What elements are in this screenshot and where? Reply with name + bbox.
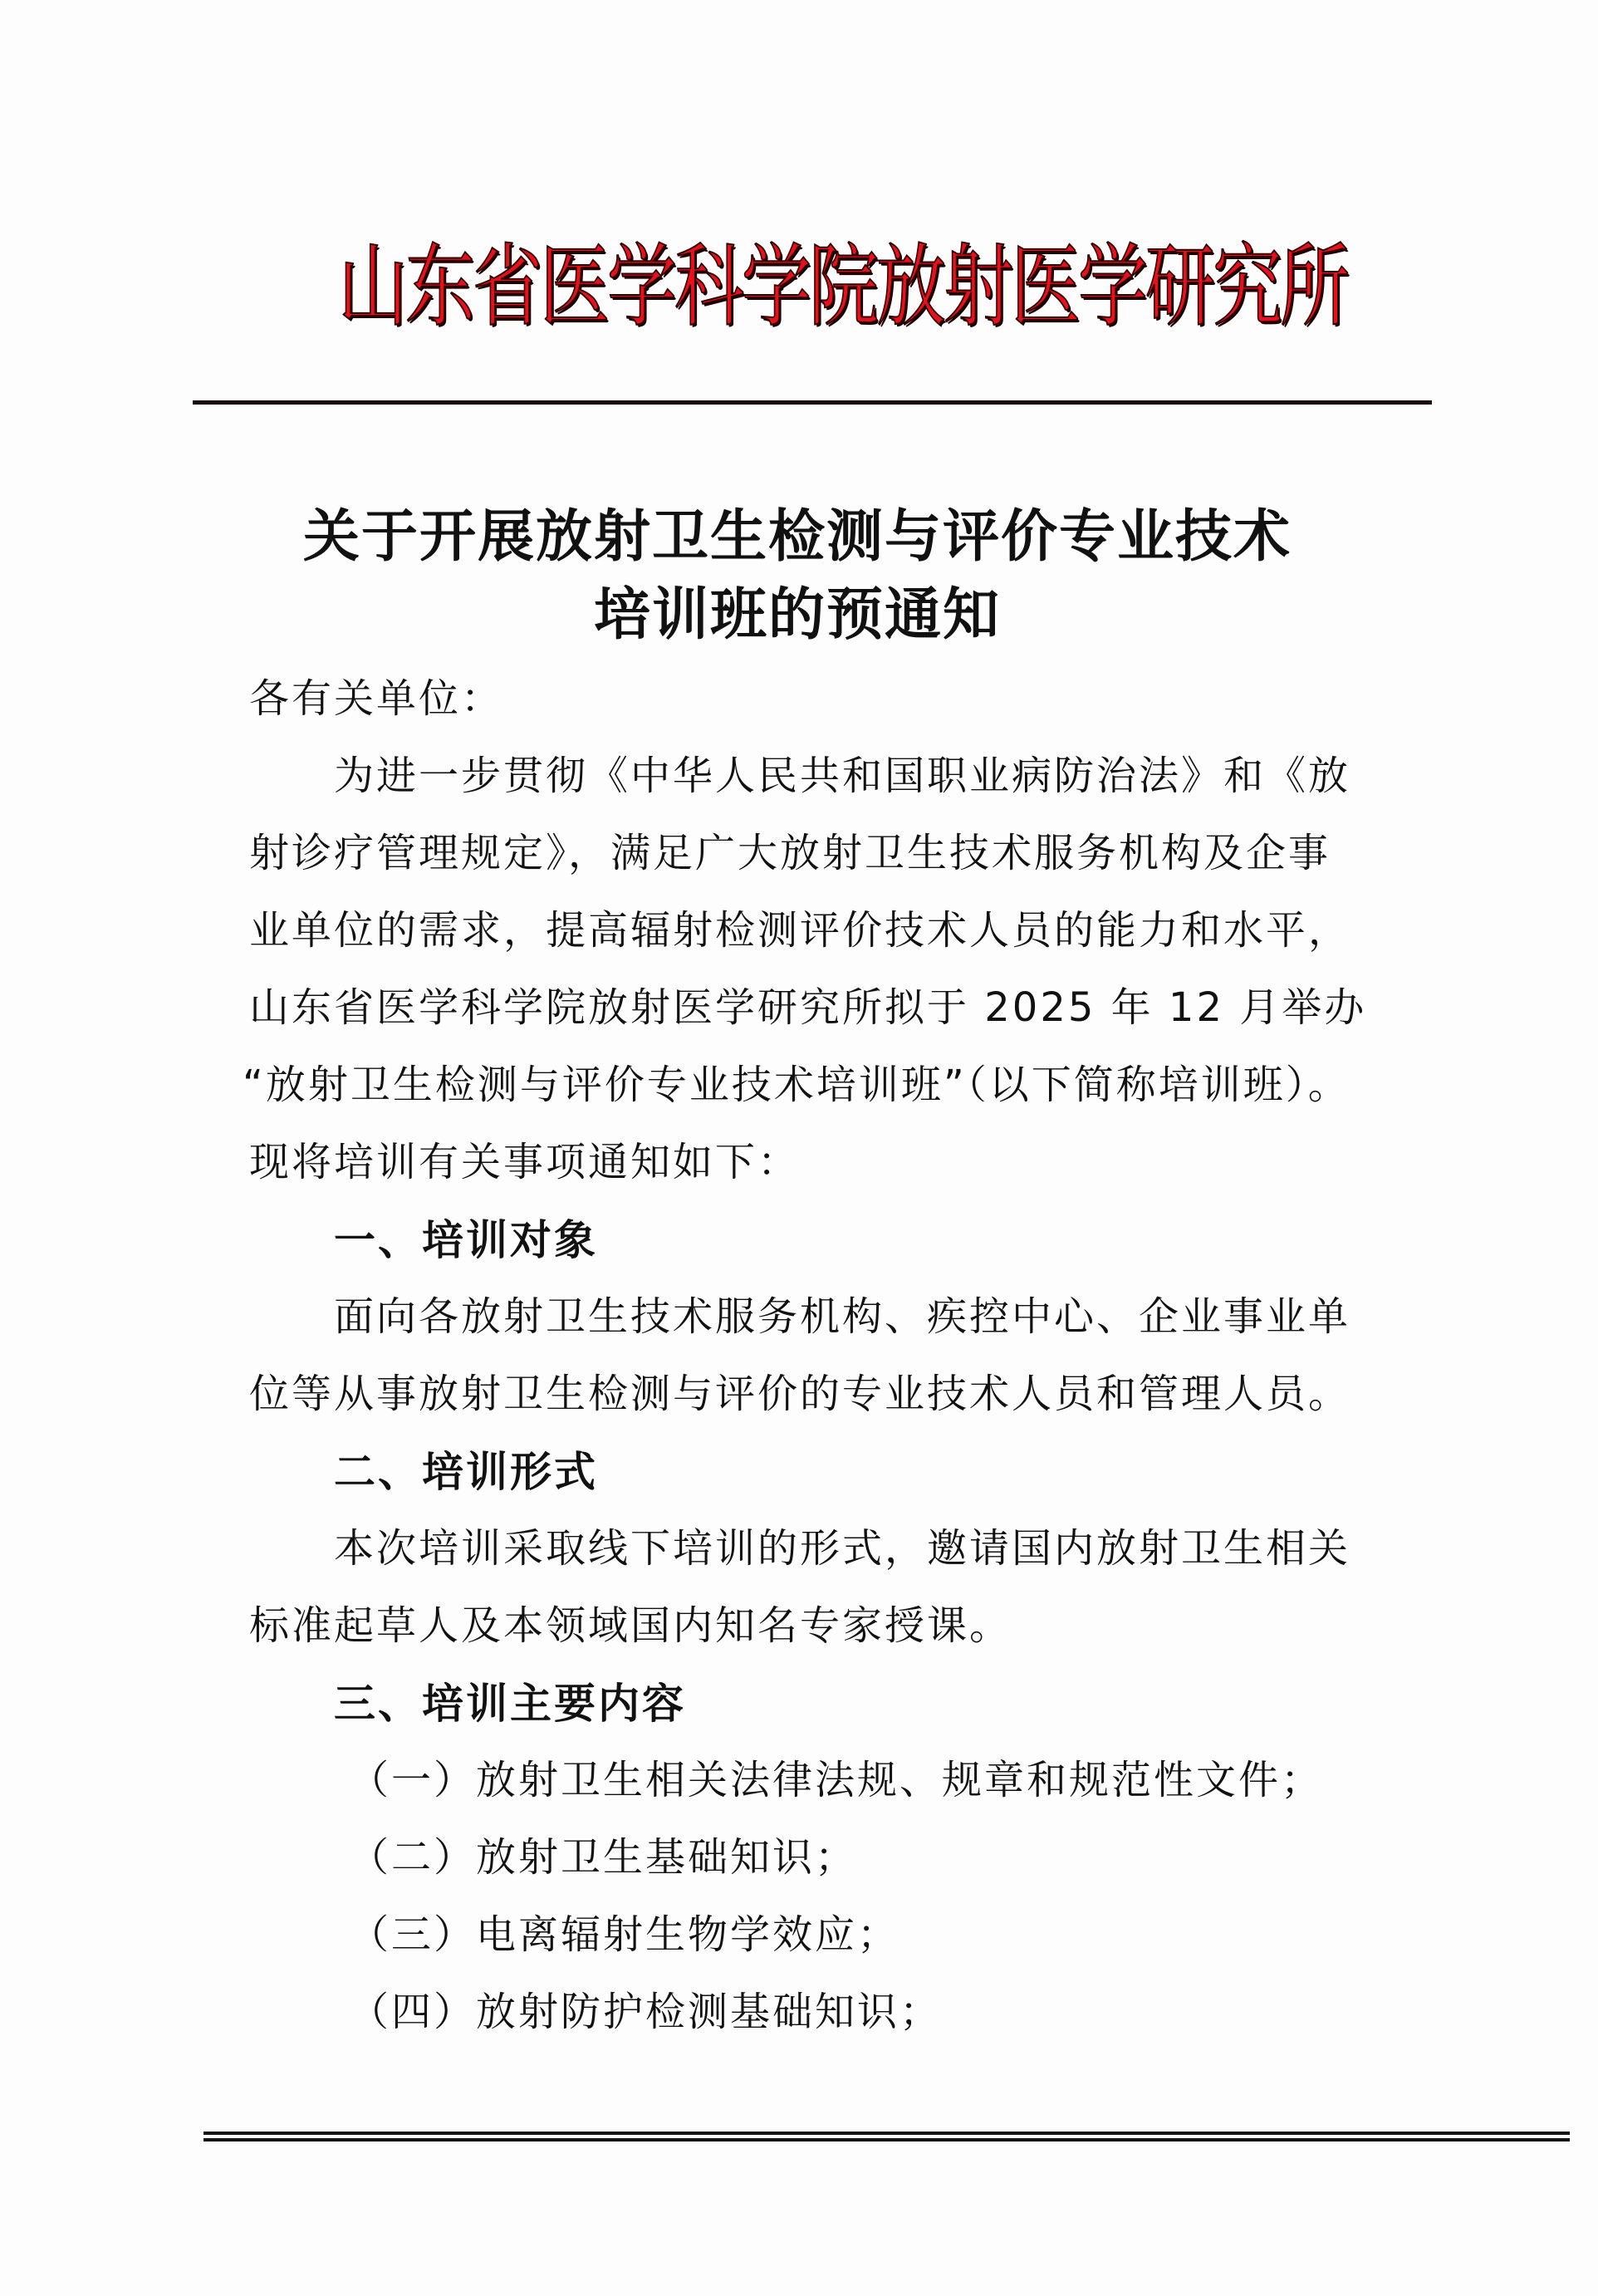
letterhead-char: 研 [1145, 235, 1198, 339]
document-title-line-2: 培训班的预通知 [199, 570, 1395, 650]
letterhead-char: 医 [1011, 235, 1063, 339]
section-heading-format: 二、培训形式 [334, 1439, 598, 1499]
letterhead-char: 究 [1213, 235, 1265, 339]
section-text-line: 标准起草人及本领域国内知名专家授课。 [249, 1593, 1012, 1651]
intro-paragraph-line: 现将培训有关事项通知如下： [249, 1130, 800, 1187]
letterhead-char: 学 [1078, 235, 1130, 339]
document-title-line-1: 关于开展放射卫生检测与评价专业技术 [199, 492, 1395, 572]
intro-paragraph-line: 为进一步贯彻《中华人民共和国职业病防治法》和《放 [334, 743, 1350, 801]
intro-paragraph-line: 射诊疗管理规定》，满足广大放射卫生技术服务机构及企事 [249, 821, 1331, 878]
content-list-item: （四）放射防护检测基础知识； [349, 1980, 942, 2037]
footer-divider-top [203, 2132, 1570, 2135]
letterhead-char: 射 [944, 235, 996, 339]
intro-paragraph-line: 山东省医学科学院放射医学研究所拟于 2025 年 12 月举办 [249, 975, 1366, 1033]
intro-paragraph-line: 业单位的需求，提高辐射检测评价技术人员的能力和水平， [249, 898, 1350, 955]
letterhead-char: 科 [674, 235, 727, 339]
letterhead-char: 所 [1280, 235, 1332, 339]
salutation: 各有关单位： [249, 666, 503, 724]
section-heading-content: 三、培训主要内容 [334, 1670, 686, 1730]
content-list-item: （一）放射卫生相关法律法规、规章和规范性文件； [349, 1748, 1323, 1805]
letterhead-char: 学 [742, 235, 794, 339]
document-page: 山 东 省 医 学 科 学 院 放 射 医 学 研 究 所 关于开展放射卫生检测… [0, 0, 1598, 2296]
letterhead-char: 院 [809, 235, 861, 339]
section-heading-participants: 一、培训对象 [334, 1207, 598, 1267]
letterhead-org-name: 山 东 省 医 学 科 学 院 放 射 医 学 研 究 所 [331, 235, 1286, 339]
intro-paragraph-line: “放射卫生检测与评价专业技术培训班”（以下简称培训班）。 [243, 1052, 1350, 1110]
section-text-line: 面向各放射卫生技术服务机构、疾控中心、企业事业单 [334, 1284, 1350, 1342]
letterhead-char: 东 [405, 235, 458, 339]
letterhead-char: 省 [473, 235, 525, 339]
section-text-line: 本次培训采取线下培训的形式，邀请国内放射卫生相关 [334, 1516, 1350, 1573]
section-text-line: 位等从事放射卫生检测与评价的专业技术人员和管理人员。 [249, 1361, 1350, 1419]
letterhead-char: 医 [540, 235, 592, 339]
letterhead-char: 学 [607, 235, 659, 339]
content-list-item: （三）电离辐射生物学效应； [349, 1902, 899, 1960]
letterhead-char: 山 [338, 235, 390, 339]
content-list-item: （二）放射卫生基础知识； [349, 1825, 857, 1882]
letterhead-divider [193, 400, 1432, 405]
letterhead-char: 放 [876, 235, 929, 339]
footer-divider-bottom [203, 2138, 1570, 2141]
